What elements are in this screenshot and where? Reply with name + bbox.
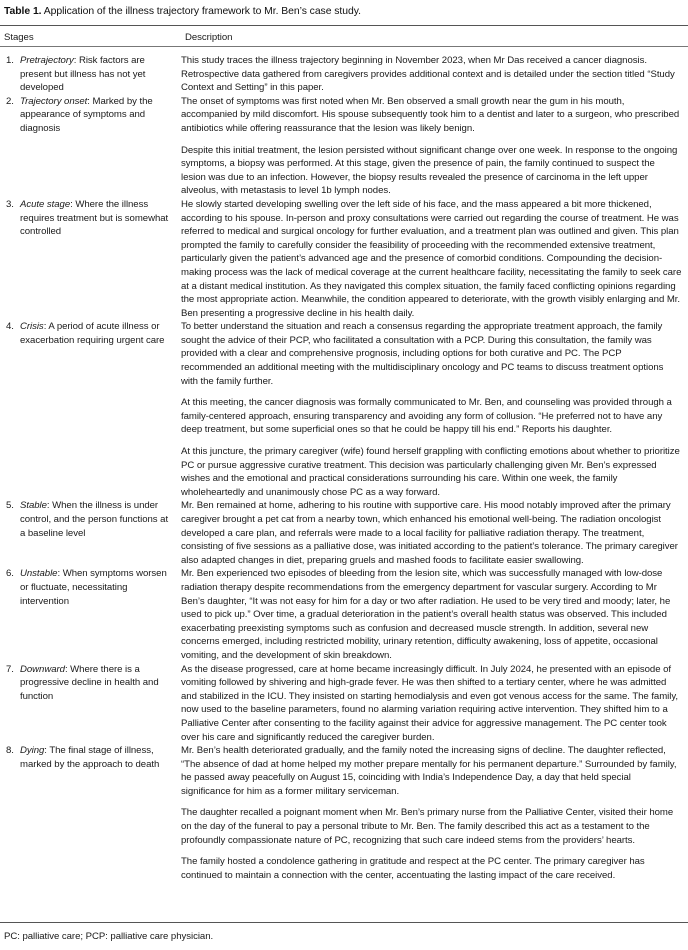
table-row: 4.Crisis: A period of acute illness or e… [0,320,688,499]
stage-number: 6. [6,567,14,581]
description-paragraph: To better understand the situation and r… [181,320,682,388]
header-description: Description [181,31,686,45]
stage-name: Trajectory onset [20,96,87,107]
description-paragraph: He slowly started developing swelling ov… [181,198,682,320]
description-paragraph: Mr. Ben’s health deteriorated gradually,… [181,744,682,798]
table-row: 6.Unstable: When symptoms worsen or fluc… [0,567,688,662]
description-cell: This study traces the illness trajectory… [177,54,682,95]
description-paragraph: Mr. Ben experienced two episodes of blee… [181,567,682,662]
stage-number: 7. [6,663,14,677]
stage-name: Dying [20,745,44,756]
description-cell: Mr. Ben remained at home, adhering to hi… [177,499,682,567]
description-paragraph: As the disease progressed, care at home … [181,663,682,745]
stage-cell: 1.Pretrajectory: Risk factors are presen… [0,54,177,95]
table-body: 1.Pretrajectory: Risk factors are presen… [0,54,688,882]
stage-name: Downward [20,664,65,675]
bottom-rule [0,922,688,923]
stage-number: 1. [6,54,14,68]
stage-name: Acute stage [20,199,70,210]
stage-number: 4. [6,320,14,334]
description-cell: He slowly started developing swelling ov… [177,198,682,320]
table-row: 5.Stable: When the illness is under cont… [0,499,688,567]
description-cell: Mr. Ben experienced two episodes of blee… [177,567,682,662]
description-paragraph: The family hosted a condolence gathering… [181,855,682,882]
stage-number: 8. [6,744,14,758]
description-paragraph: At this juncture, the primary caregiver … [181,445,682,499]
stage-number: 3. [6,198,14,212]
stage-cell: 2.Trajectory onset: Marked by the appear… [0,95,177,198]
description-paragraph: The daughter recalled a poignant moment … [181,806,682,847]
stage-name: Pretrajectory [20,55,74,66]
table-row: 7.Downward: Where there is a progressive… [0,663,688,745]
stage-cell: 6.Unstable: When symptoms worsen or fluc… [0,567,177,662]
table-row: 1.Pretrajectory: Risk factors are presen… [0,54,688,95]
table-label: Table 1. [4,6,42,17]
table-page: Table 1. Application of the illness traj… [0,0,688,950]
description-cell: To better understand the situation and r… [177,320,682,499]
table-row: 3.Acute stage: Where the illness require… [0,198,688,320]
table-row: 8.Dying: The final stage of illness, mar… [0,744,688,882]
stage-cell: 5.Stable: When the illness is under cont… [0,499,177,567]
top-rule [0,25,688,26]
description-cell: As the disease progressed, care at home … [177,663,682,745]
stage-cell: 7.Downward: Where there is a progressive… [0,663,177,745]
stage-cell: 3.Acute stage: Where the illness require… [0,198,177,320]
stage-cell: 4.Crisis: A period of acute illness or e… [0,320,177,499]
table-caption: Table 1. Application of the illness traj… [4,5,361,19]
table-title: Application of the illness trajectory fr… [44,6,361,17]
table-footnote: PC: palliative care; PCP: palliative car… [4,930,213,944]
description-paragraph: The onset of symptoms was first noted wh… [181,95,682,136]
header-stages: Stages [4,31,34,45]
description-paragraph: Despite this initial treatment, the lesi… [181,144,682,198]
description-cell: Mr. Ben’s health deteriorated gradually,… [177,744,682,882]
stage-number: 2. [6,95,14,109]
stage-cell: 8.Dying: The final stage of illness, mar… [0,744,177,882]
description-paragraph: At this meeting, the cancer diagnosis wa… [181,396,682,437]
stage-number: 5. [6,499,14,513]
stage-name: Unstable [20,568,57,579]
table-row: 2.Trajectory onset: Marked by the appear… [0,95,688,198]
description-paragraph: Mr. Ben remained at home, adhering to hi… [181,499,682,567]
description-paragraph: This study traces the illness trajectory… [181,54,682,95]
description-cell: The onset of symptoms was first noted wh… [177,95,682,198]
stage-name: Crisis [20,321,44,332]
header-rule [0,46,688,47]
stage-name: Stable [20,500,47,511]
